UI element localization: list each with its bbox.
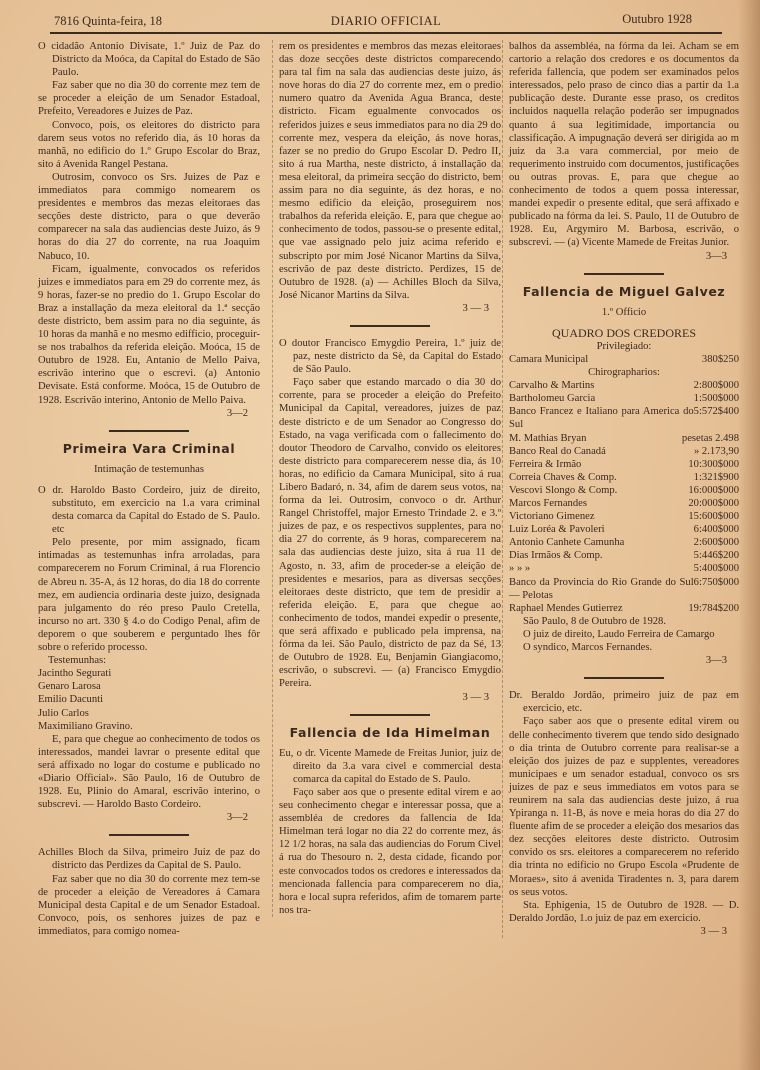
creditor-row: Victoriano Gimenez15:600$000 (509, 510, 739, 523)
notice-judge: O juiz de direito, Laudo Ferreira de Cam… (509, 628, 739, 641)
creditor-amount: 2:800$000 (694, 379, 739, 392)
creditor-row: Luiz Loréa & Pavoleri6:400$000 (509, 523, 739, 536)
creditor-name: Ferreira & Irmão (509, 458, 688, 471)
creditor-name: Vescovi Slongo & Comp. (509, 484, 688, 497)
creditor-amount: 5:446$200 (694, 549, 739, 562)
creditor-amount: 5:400$000 (694, 562, 739, 575)
notice-opening: Achilles Bloch da Silva, primeiro Juiz d… (38, 846, 260, 872)
notice-signature-mark: 3—3 (509, 250, 739, 263)
creditor-name: Banco da Provincia do Rio Grande do Sul … (509, 576, 694, 602)
section-divider (109, 430, 189, 432)
creditor-row: Raphael Mendes Gutierrez19:784$200 (509, 602, 739, 615)
notice-syndic: O syndico, Marcos Fernandes. (509, 641, 739, 654)
creditor-row: Marcos Fernandes20:000$000 (509, 497, 739, 510)
column-1: O cidadão Antonio Divisate, 1.º Juiz de … (38, 40, 260, 938)
notice-signature-mark: 3—2 (38, 407, 260, 420)
newspaper-title: DIARIO OFFICIAL (50, 14, 722, 29)
creditors-group-label: Chirographarios: (509, 366, 739, 379)
creditor-row: Vescovi Slongo & Comp.16:000$000 (509, 484, 739, 497)
section-subtitle: 1.º Officio (509, 306, 739, 319)
creditor-amount: pesetas 2.498 (682, 432, 739, 445)
notice-opening: O dr. Haroldo Basto Cordeiro, juiz de di… (38, 484, 260, 536)
section-title: Fallencia de Ida Himelman (279, 726, 501, 739)
witness-name: Emilio Dacunti (38, 693, 260, 706)
creditor-row: Correia Chaves & Comp.1:321$900 (509, 471, 739, 484)
creditor-row: Camara Municipal 380$250 (509, 353, 739, 366)
creditor-name: Raphael Mendes Gutierrez (509, 602, 688, 615)
page-header: 7816 Quinta-feira, 18 DIARIO OFFICIAL Ou… (50, 10, 722, 34)
notice-paragraph: Outrosim, convoco os Srs. Juizes de Paz … (38, 171, 260, 263)
section-subtitle: Intimação de testemunhas (38, 463, 260, 476)
creditor-amount: 5:572$400 (694, 405, 739, 431)
creditors-group-label: Privilegiado: (509, 340, 739, 353)
creditor-amount: 6:400$000 (694, 523, 739, 536)
creditor-row: Banco da Provincia do Rio Grande do Sul … (509, 576, 739, 602)
notice-paragraph: Faço saber aos que o presente edital vir… (509, 715, 739, 898)
notice-signature-mark: 3 — 3 (279, 302, 501, 315)
section-divider (584, 273, 664, 275)
creditor-amount: 1:321$900 (694, 471, 739, 484)
notice-signature-mark: 3—2 (38, 811, 260, 824)
creditor-row: Bartholomeu Garcia1:500$000 (509, 392, 739, 405)
section-divider (350, 325, 430, 327)
notice-opening: O doutor Francisco Emygdio Pereira, 1.º … (279, 337, 501, 376)
creditor-amount: 16:000$000 (688, 484, 739, 497)
creditor-row: » » »5:400$000 (509, 562, 739, 575)
section-title: Primeira Vara Criminal (38, 442, 260, 455)
witnesses-label: Testemunhas: (38, 654, 260, 667)
notice-paragraph: balhos da assembléa, na fórma da lei. Ac… (509, 40, 739, 250)
creditor-name: » » » (509, 562, 694, 575)
section-divider (584, 677, 664, 679)
notice-paragraph: rem os presidentes e membros das mezas e… (279, 40, 501, 302)
notice-paragraph: Pelo presente, por mim assignado, ficam … (38, 536, 260, 654)
notice-signature-mark: 3 — 3 (509, 925, 739, 938)
notice-opening: O cidadão Antonio Divisate, 1.º Juiz de … (38, 40, 260, 79)
page-edge-shadow (738, 0, 760, 1070)
creditor-name: Antonio Canhete Camunha (509, 536, 694, 549)
notice-paragraph: E, para que chegue ao conhecimento de to… (38, 733, 260, 812)
notice-signature-mark: 3 — 3 (279, 691, 501, 704)
notice-paragraph: Faço saber aos que o presente edital vir… (279, 786, 501, 917)
creditor-name: Banco Francez e Italiano para America do… (509, 405, 694, 431)
creditor-name: Marcos Fernandes (509, 497, 688, 510)
section-title: Fallencia de Miguel Galvez (509, 285, 739, 298)
creditor-name: Bartholomeu Garcia (509, 392, 694, 405)
creditor-list: Carvalho & Martins2:800$000Bartholomeu G… (509, 379, 739, 615)
witness-name: Genaro Larosa (38, 680, 260, 693)
notice-paragraph: Faz saber que no dia 30 do corrente mez … (38, 79, 260, 118)
notice-signature-mark: 3—3 (509, 654, 739, 667)
creditor-row: Banco Real do Canadá» 2.173,90 (509, 445, 739, 458)
creditor-row: Carvalho & Martins2:800$000 (509, 379, 739, 392)
creditor-name: Banco Real do Canadá (509, 445, 694, 458)
creditor-name: Correia Chaves & Comp. (509, 471, 694, 484)
section-divider (109, 834, 189, 836)
creditor-name: Victoriano Gimenez (509, 510, 688, 523)
creditor-row: Banco Francez e Italiano para America do… (509, 405, 739, 431)
notice-paragraph: Sta. Ephigenia, 15 de Outubro de 1928. —… (509, 899, 739, 925)
notice-paragraph: Faz saber que no dia 30 do corrente mez … (38, 873, 260, 938)
section-divider (350, 714, 430, 716)
creditor-row: Ferreira & Irmão10:300$000 (509, 458, 739, 471)
creditor-name: Luiz Loréa & Pavoleri (509, 523, 694, 536)
creditor-amount: 15:600$000 (688, 510, 739, 523)
notice-paragraph: Faço saber que estando marcado o dia 30 … (279, 376, 501, 690)
column-2: rem os presidentes e membros das mezas e… (272, 40, 501, 917)
creditor-amount: 19:784$200 (688, 602, 739, 615)
creditor-name: M. Mathias Bryan (509, 432, 682, 445)
creditor-amount: 1:500$000 (694, 392, 739, 405)
notice-date: São Paulo, 8 de Outubro de 1928. (509, 615, 739, 628)
creditor-amount: 2:600$000 (694, 536, 739, 549)
creditor-amount: » 2.173,90 (694, 445, 739, 458)
notice-opening: Dr. Beraldo Jordão, primeiro juiz de paz… (509, 689, 739, 715)
creditor-amount: 20:000$000 (688, 497, 739, 510)
witness-name: Julio Carlos (38, 707, 260, 720)
creditor-name: Dias Irmãos & Comp. (509, 549, 694, 562)
notice-paragraph: Convoco, pois, os eleitores do districto… (38, 119, 260, 171)
creditor-row: M. Mathias Bryanpesetas 2.498 (509, 432, 739, 445)
creditor-amount: 10:300$000 (688, 458, 739, 471)
column-3: balhos da assembléa, na fórma da lei. Ac… (502, 40, 739, 938)
creditor-row: Antonio Canhete Camunha2:600$000 (509, 536, 739, 549)
witness-name: Jacintho Segurati (38, 667, 260, 680)
creditor-amount: 6:750$000 (694, 576, 739, 602)
notice-paragraph: Ficam, igualmente, convocados os referid… (38, 263, 260, 407)
notice-opening: Eu, o dr. Vicente Mamede de Freitas Juni… (279, 747, 501, 786)
creditors-table-title: QUADRO DOS CREDORES (509, 327, 739, 340)
creditor-row: Dias Irmãos & Comp.5:446$200 (509, 549, 739, 562)
creditor-name: Carvalho & Martins (509, 379, 694, 392)
month-year: Outubro 1928 (622, 12, 692, 27)
witness-name: Maximiliano Gravino. (38, 720, 260, 733)
